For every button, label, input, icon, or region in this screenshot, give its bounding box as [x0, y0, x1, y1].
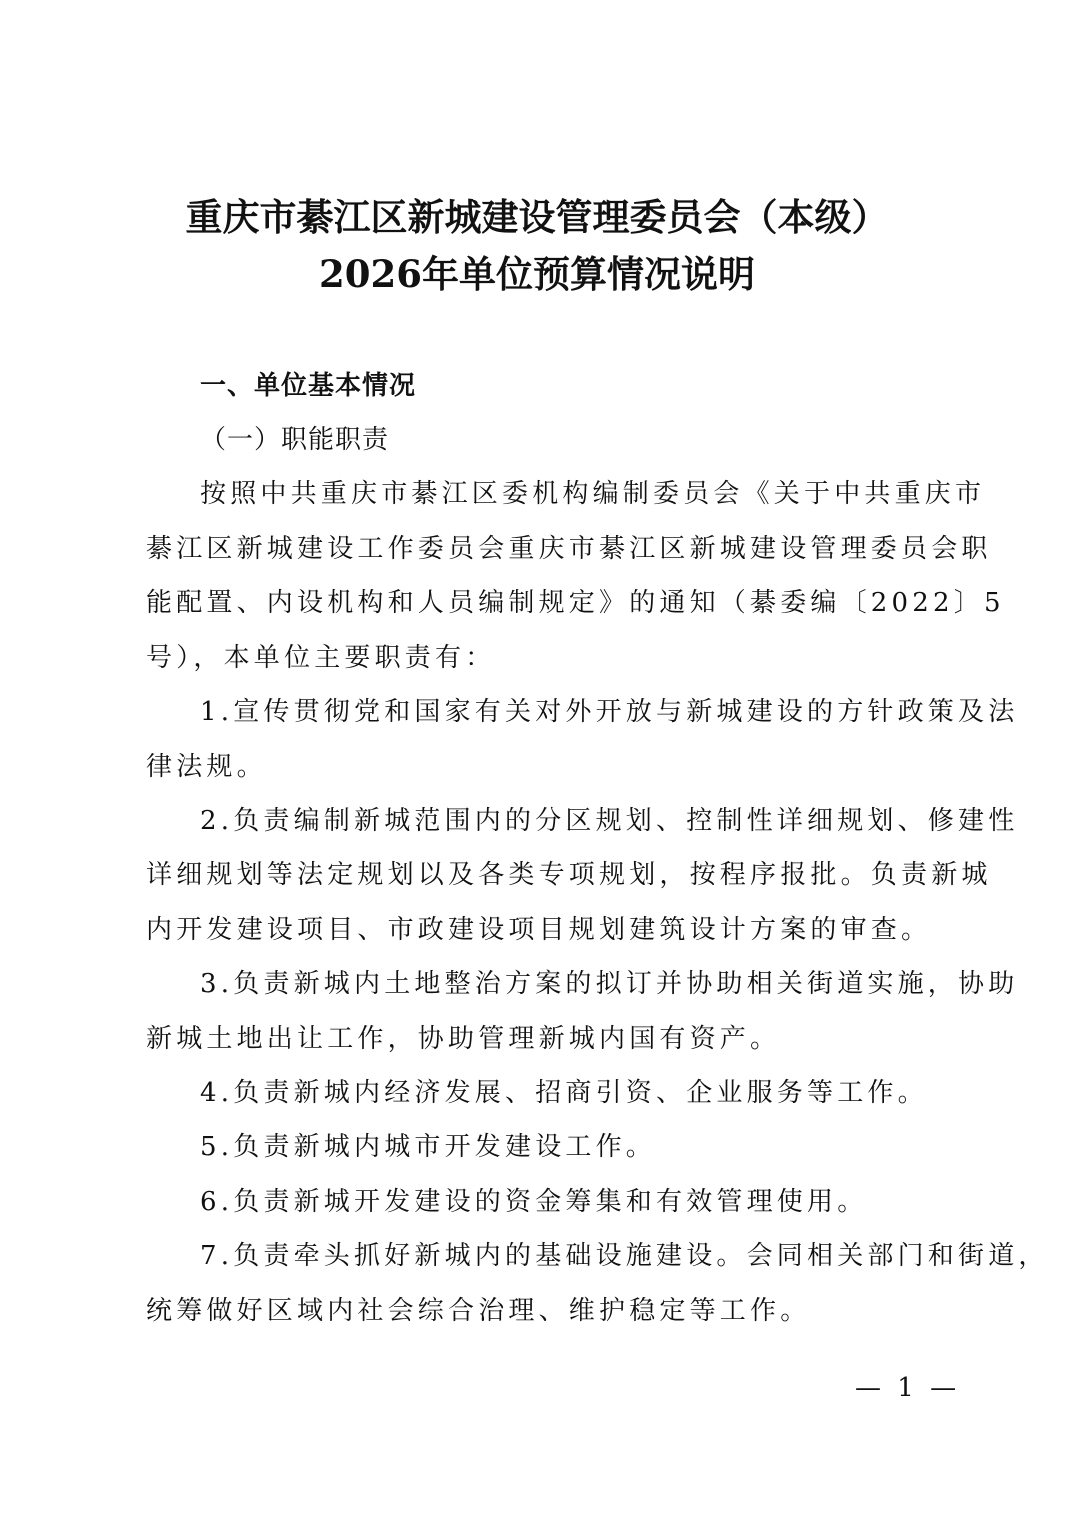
duty-item-4: 4.负责新城内经济发展、招商引资、企业服务等工作。 [200, 1080, 1000, 1106]
section-heading: 一、单位基本情况 [200, 373, 1000, 399]
subsection-heading: （一）职能职责 [200, 427, 1000, 453]
document-page: 重庆市綦江区新城建设管理委员会（本级） 2026年单位预算情况说明 一、单位基本… [0, 0, 1074, 1520]
document-title-line2: 2026年单位预算情况说明 [0, 256, 1074, 293]
duty-item-1-cont: 律法规。 [146, 754, 946, 780]
page-number: — 1 — [855, 1373, 960, 1403]
document-title-line1: 重庆市綦江区新城建设管理委员会（本级） [0, 199, 1074, 236]
intro-line: 号），本单位主要职责有： [146, 645, 946, 671]
duty-item-5: 5.负责新城内城市开发建设工作。 [200, 1134, 1000, 1160]
duty-item-2: 2.负责编制新城范围内的分区规划、控制性详细规划、修建性 [200, 808, 1000, 834]
duty-item-3: 3.负责新城内土地整治方案的拟订并协助相关街道实施，协助 [200, 971, 1000, 997]
duty-item-2-cont: 内开发建设项目、市政建设项目规划建筑设计方案的审查。 [146, 917, 946, 943]
duty-item-1: 1.宣传贯彻党和国家有关对外开放与新城建设的方针政策及法 [200, 699, 1000, 725]
intro-line: 綦江区新城建设工作委员会重庆市綦江区新城建设管理委员会职 [146, 536, 946, 562]
duty-item-3-cont: 新城土地出让工作，协助管理新城内国有资产。 [146, 1026, 946, 1052]
duty-item-7: 7.负责牵头抓好新城内的基础设施建设。会同相关部门和街道， [200, 1243, 1000, 1269]
intro-line: 按照中共重庆市綦江区委机构编制委员会《关于中共重庆市 [200, 481, 1000, 507]
duty-item-2-cont: 详细规划等法定规划以及各类专项规划，按程序报批。负责新城 [146, 862, 946, 888]
duty-item-6: 6.负责新城开发建设的资金筹集和有效管理使用。 [200, 1189, 1000, 1215]
duty-item-7-cont: 统筹做好区域内社会综合治理、维护稳定等工作。 [146, 1298, 946, 1324]
intro-line: 能配置、内设机构和人员编制规定》的通知（綦委编〔2022〕5 [146, 590, 946, 616]
